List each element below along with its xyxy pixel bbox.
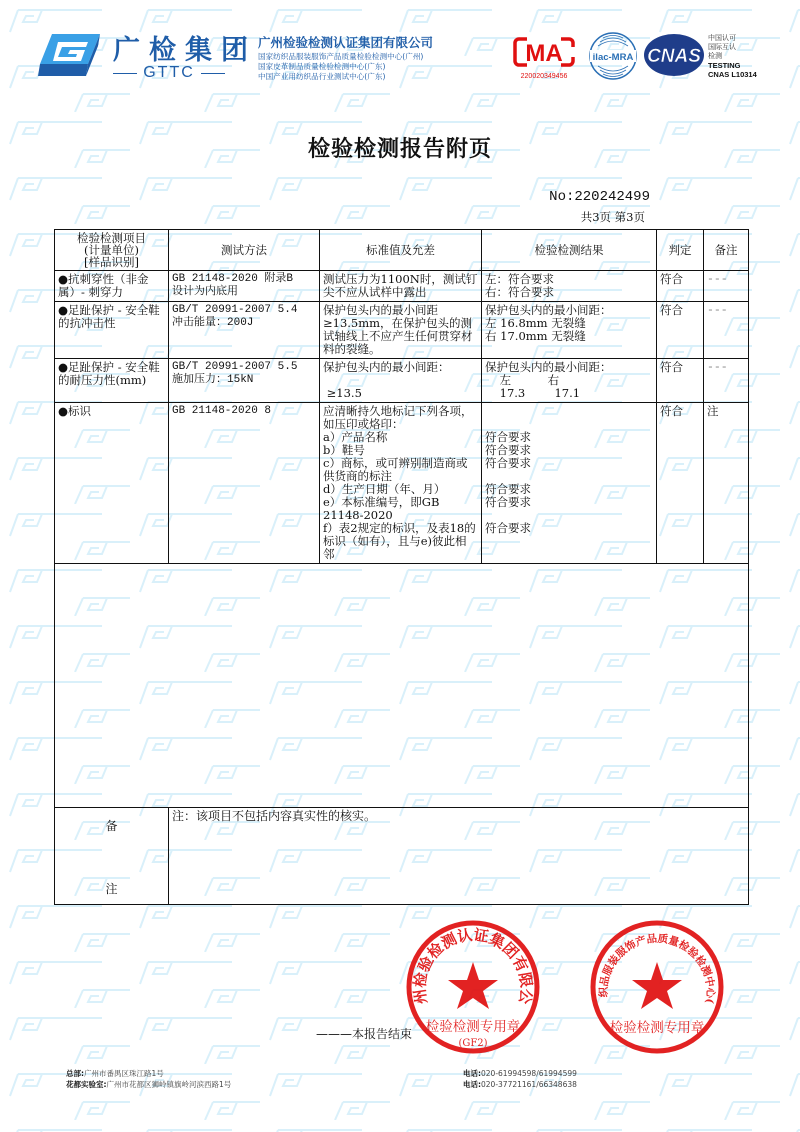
- footer-addresses: 总部:广州市番禺区珠江路1号 花都实验室:广州市花都区狮岭镇旗岭河滨西路1号: [66, 1068, 231, 1090]
- svg-text:检验检测专用章: 检验检测专用章: [426, 1018, 521, 1035]
- table-row: ●足趾保护 - 安全鞋的抗冲击性GB/T 20991-2007 5.4 冲击能量…: [55, 302, 749, 359]
- cnas-line: 国际互认: [708, 43, 757, 52]
- table-row: ●抗刺穿性（非金属）- 刺穿力GB 21148-2020 附录B 设计为内底用测…: [55, 271, 749, 302]
- cma-mark-icon: MA: [513, 35, 575, 69]
- cell-method: GB/T 20991-2007 5.5 施加压力：15kN: [169, 359, 320, 403]
- cell-standard: 应清晰持久地标记下列各项，如压印或烙印： a）产品名称 b）鞋号 c）商标，或可…: [320, 403, 482, 564]
- official-seal-icon: 广州检验检测认证集团有限公司 检验检测专用章 (GF2): [404, 918, 542, 1056]
- cell-remark: ---: [704, 359, 749, 403]
- cell-standard: 测试压力为1100N时，测试钉尖不应从试样中露出: [320, 271, 482, 302]
- svg-text:(GF2): (GF2): [458, 1038, 487, 1049]
- cnas-line: 检测: [708, 52, 757, 61]
- cell-result: 符合要求 符合要求 符合要求 符合要求 符合要求 符合要求: [482, 403, 657, 564]
- cell-verdict: 符合: [657, 271, 704, 302]
- svg-text:检验检测专用章: 检验检测专用章: [610, 1019, 705, 1036]
- divider: [201, 73, 225, 74]
- cnas-logo-icon: CNAS: [643, 33, 705, 77]
- cell-standard: 保护包头内的最小间距≥13.5mm，在保护包头的测试轴线上不应产生任何贯穿材料的…: [320, 302, 482, 359]
- notes-label-top: 备: [105, 820, 117, 833]
- notes-label: 备 注: [55, 808, 169, 905]
- col-header-verdict: 判定: [657, 230, 704, 271]
- cell-item: ●抗刺穿性（非金属）- 刺穿力: [55, 271, 169, 302]
- notes-text: 注：该项目不包括内容真实性的核实。: [169, 808, 749, 905]
- phone-label: 电话:: [463, 1080, 481, 1089]
- lab-phone: 020-37721161/66348638: [481, 1080, 577, 1089]
- brand-en-text: GTTC: [143, 64, 195, 82]
- divider: [113, 73, 137, 74]
- cell-remark: 注: [704, 403, 749, 564]
- cell-verdict: 符合: [657, 359, 704, 403]
- hq-label: 总部:: [66, 1069, 84, 1078]
- center-name: 国家纺织品服装服饰产品质量检验检测中心(广州): [258, 52, 423, 62]
- report-end-text: ———本报告结束: [316, 1025, 412, 1042]
- table-row: ●足趾保护 - 安全鞋的耐压力性(mm)GB/T 20991-2007 5.5 …: [55, 359, 749, 403]
- cell-result: 左：符合要求 右：符合要求: [482, 271, 657, 302]
- cma-number: 220020349456: [513, 73, 575, 80]
- blank-row: [55, 564, 749, 808]
- phone-label: 电话:: [463, 1069, 481, 1078]
- brand-name-en: GTTC: [113, 64, 225, 82]
- cell-method: GB/T 20991-2007 5.4 冲击能量：200J: [169, 302, 320, 359]
- page-info: 共3页 第3页: [581, 209, 645, 225]
- col-header-standard: 标准值及允差: [320, 230, 482, 271]
- cnas-accreditation-text: 中国认可 国际互认 检测 TESTING CNAS L10314: [708, 34, 757, 79]
- cell-verdict: 符合: [657, 302, 704, 359]
- cell-standard: 保护包头内的最小间距： ≥13.5: [320, 359, 482, 403]
- page-title: 检验检测报告附页: [0, 132, 800, 163]
- results-table: 检验检测项目 (计量单位) [样品识别] 测试方法 标准值及允差 检验检测结果 …: [54, 229, 748, 905]
- cell-item: ●足趾保护 - 安全鞋的耐压力性(mm): [55, 359, 169, 403]
- cell-remark: ---: [704, 271, 749, 302]
- gttc-logo-icon: [38, 30, 100, 80]
- center-list: 国家纺织品服装服饰产品质量检验检测中心(广州) 国家皮革制品质量检验检测中心(广…: [258, 52, 423, 82]
- table-row: ●标识GB 21148-2020 8应清晰持久地标记下列各项，如压印或烙印： a…: [55, 403, 749, 564]
- cell-result: 保护包头内的最小间距： 左 右 17.3 17.1: [482, 359, 657, 403]
- svg-text:CNAS: CNAS: [647, 46, 701, 67]
- cell-method: GB 21148-2020 8: [169, 403, 320, 564]
- report-number: No:220242499: [549, 189, 650, 205]
- hq-address: 广州市番禺区珠江路1号: [84, 1069, 164, 1078]
- cnas-number: CNAS L10314: [708, 70, 757, 79]
- blank-cell: [55, 564, 749, 808]
- notes-row: 备 注 注：该项目不包括内容真实性的核实。: [55, 808, 749, 905]
- svg-text:ilac-MRA: ilac-MRA: [593, 52, 634, 63]
- cell-verdict: 符合: [657, 403, 704, 564]
- center-name: 国家皮革制品质量检验检测中心(广东): [258, 62, 423, 72]
- brand-name-cn: 广检集团: [113, 28, 257, 67]
- center-name: 中国产业用纺织品行业测试中心(广东): [258, 72, 423, 82]
- footer-phones: 电话:020-61994598/61994599 电话:020-37721161…: [463, 1068, 577, 1090]
- header-line: [样品识别]: [58, 256, 165, 268]
- col-header-result: 检验检测结果: [482, 230, 657, 271]
- col-header-remark: 备注: [704, 230, 749, 271]
- col-header-item: 检验检测项目 (计量单位) [样品识别]: [55, 230, 169, 271]
- official-seal-icon: 国家纺织品服装服饰产品质量检验检测中心(广州) 检验检测专用章: [588, 918, 726, 1056]
- cell-remark: ---: [704, 302, 749, 359]
- cnas-line: 中国认可: [708, 34, 757, 43]
- svg-text:MA: MA: [525, 40, 562, 67]
- lab-label: 花都实验室:: [66, 1080, 107, 1089]
- notes-label-bottom: 注: [105, 883, 117, 896]
- cell-result: 保护包头内的最小间距： 左 16.8mm 无裂缝 右 17.0mm 无裂缝: [482, 302, 657, 359]
- ilac-mra-logo-icon: ilac-MRA: [588, 30, 638, 82]
- cell-method: GB 21148-2020 附录B 设计为内底用: [169, 271, 320, 302]
- cell-item: ●足趾保护 - 安全鞋的抗冲击性: [55, 302, 169, 359]
- hq-phone: 020-61994598/61994599: [481, 1069, 577, 1078]
- lab-address: 广州市花都区狮岭镇旗岭河滨西路1号: [107, 1080, 232, 1089]
- table-header-row: 检验检测项目 (计量单位) [样品识别] 测试方法 标准值及允差 检验检测结果 …: [55, 230, 749, 271]
- col-header-method: 测试方法: [169, 230, 320, 271]
- cnas-line: TESTING: [708, 61, 757, 70]
- cell-item: ●标识: [55, 403, 169, 564]
- cma-logo: MA 220020349456: [513, 35, 575, 81]
- company-name: 广州检验检测认证集团有限公司: [258, 33, 433, 51]
